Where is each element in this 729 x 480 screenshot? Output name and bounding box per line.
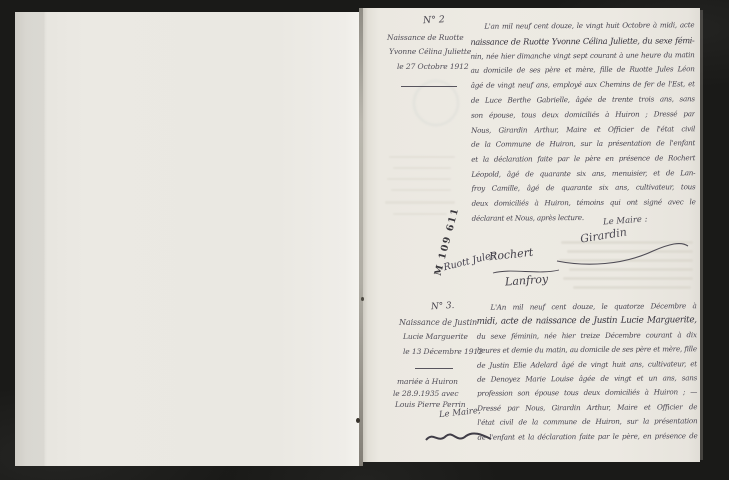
signature-underline-flourish: [491, 266, 561, 276]
mayor-signature-flourish: [553, 239, 693, 267]
act2-line: froy Camille, âgé de quarante six ans, c…: [471, 181, 695, 197]
act2-margin-note: N° 2 Naissance de Ruotte Yvonne Célina J…: [385, 13, 473, 87]
act2-number: N° 2: [423, 12, 474, 29]
act2-margin-line: Yvonne Célina Juliette: [389, 45, 473, 60]
bleed-through-line: [389, 156, 455, 158]
act2-line: de la Commune de Huiron, sur la présenta…: [471, 136, 695, 152]
act3-body-text: L'An mil neuf cent douze, le quatorze Dé…: [476, 299, 697, 445]
act2-line: Nous, Girardin Arthur, Maire et Officier…: [471, 122, 695, 138]
act3-margin-line: le 13 Décembre 1912: [403, 345, 477, 360]
act2-line: L'an mil neuf cent douze, le vingt huit …: [470, 18, 694, 35]
act2-line: son épouse, tous deux domiciliés à Huiro…: [471, 107, 695, 123]
act3-marriage-note-line: le 28.9.1935 avec: [393, 388, 477, 400]
act2-line: nin, née hier dimanche vingt sept couran…: [470, 48, 694, 64]
act3-line: de Justin Elie Adelard âgé de vingt huit…: [477, 357, 697, 373]
act2-line-child-name: naissance de Ruotte Yvonne Célina Juliet…: [470, 33, 694, 49]
register-right-page: N° 2 Naissance de Ruotte Yvonne Célina J…: [363, 8, 700, 462]
act2-line: Léopold, âgé de quarante six ans, menuis…: [471, 166, 695, 182]
bleed-through-line: [393, 213, 447, 215]
act2-line: deux domiciliés à Huiron, témoins qui on…: [472, 195, 696, 211]
act2-margin-line: Naissance de Ruotte: [387, 31, 473, 46]
register-scan-photo: N° 2 Naissance de Ruotte Yvonne Célina J…: [0, 0, 729, 480]
act2-body-text: L'an mil neuf cent douze, le vingt huit …: [470, 18, 695, 226]
act2-line: au domicile de ses père et mère, fille d…: [471, 63, 695, 79]
act2-line: et la déclaration faite par le père en p…: [471, 151, 695, 167]
binding-hole: [356, 418, 360, 423]
act3-line: de Denoyez Marie Louise âgée de vingt et…: [477, 371, 697, 387]
registry-stamp: M 109 611: [429, 194, 464, 290]
act3-line: profession son épouse tous deux domicili…: [477, 386, 697, 402]
act2-line: de Luce Berthe Gabrielle, âgée de trente…: [471, 92, 695, 109]
register-left-page-blank: [15, 12, 359, 466]
page-stack-edge: [700, 10, 703, 460]
bleed-through-line: [393, 167, 451, 169]
act3-margin-line: Lucie Marguerite: [403, 330, 477, 345]
act3-line-child-name: midi, acte de naissance de Justin Lucie …: [477, 314, 697, 330]
act2-line: déclarant et Nous, après lecture.: [472, 210, 696, 226]
bleed-through-line: [385, 201, 455, 204]
bleed-through-line: [569, 268, 693, 271]
act3-number: N° 3.: [431, 298, 478, 315]
act3-line: du sexe féminin, née hier treize Décembr…: [477, 328, 697, 344]
signature-rochert: Rochert: [488, 246, 533, 264]
act3-line: de l'enfant et la déclaration faite par …: [477, 429, 697, 445]
bleed-through-line: [391, 189, 451, 191]
binding-hole: [361, 297, 364, 301]
act3-line: L'An mil neuf cent douze, le quatorze Dé…: [476, 299, 696, 315]
act3-marriage-note-line: mariée à Huiron: [397, 376, 477, 388]
margin-rule: [401, 86, 457, 87]
act2-margin-line: le 27 Octobre 1912: [397, 60, 473, 75]
margin-rule: [415, 368, 453, 369]
bleed-through-line: [387, 178, 451, 180]
act3-margin-line: Naissance de Justin: [399, 316, 477, 331]
act3-line: Dressé par Nous, Girardin Arthur, Maire …: [477, 400, 697, 416]
bleed-through-line: [573, 286, 691, 289]
bleed-through-line: [563, 277, 693, 280]
act3-line: l'état civil de la commune de Huiron, su…: [477, 414, 697, 430]
act3-margin-note: N° 3. Naissance de Justin Lucie Margueri…: [391, 299, 477, 411]
act2-line: âgé de vingt neuf ans, employé aux Chemi…: [471, 77, 695, 93]
act3-line: heures et demie du matin, au domicile de…: [477, 342, 697, 358]
